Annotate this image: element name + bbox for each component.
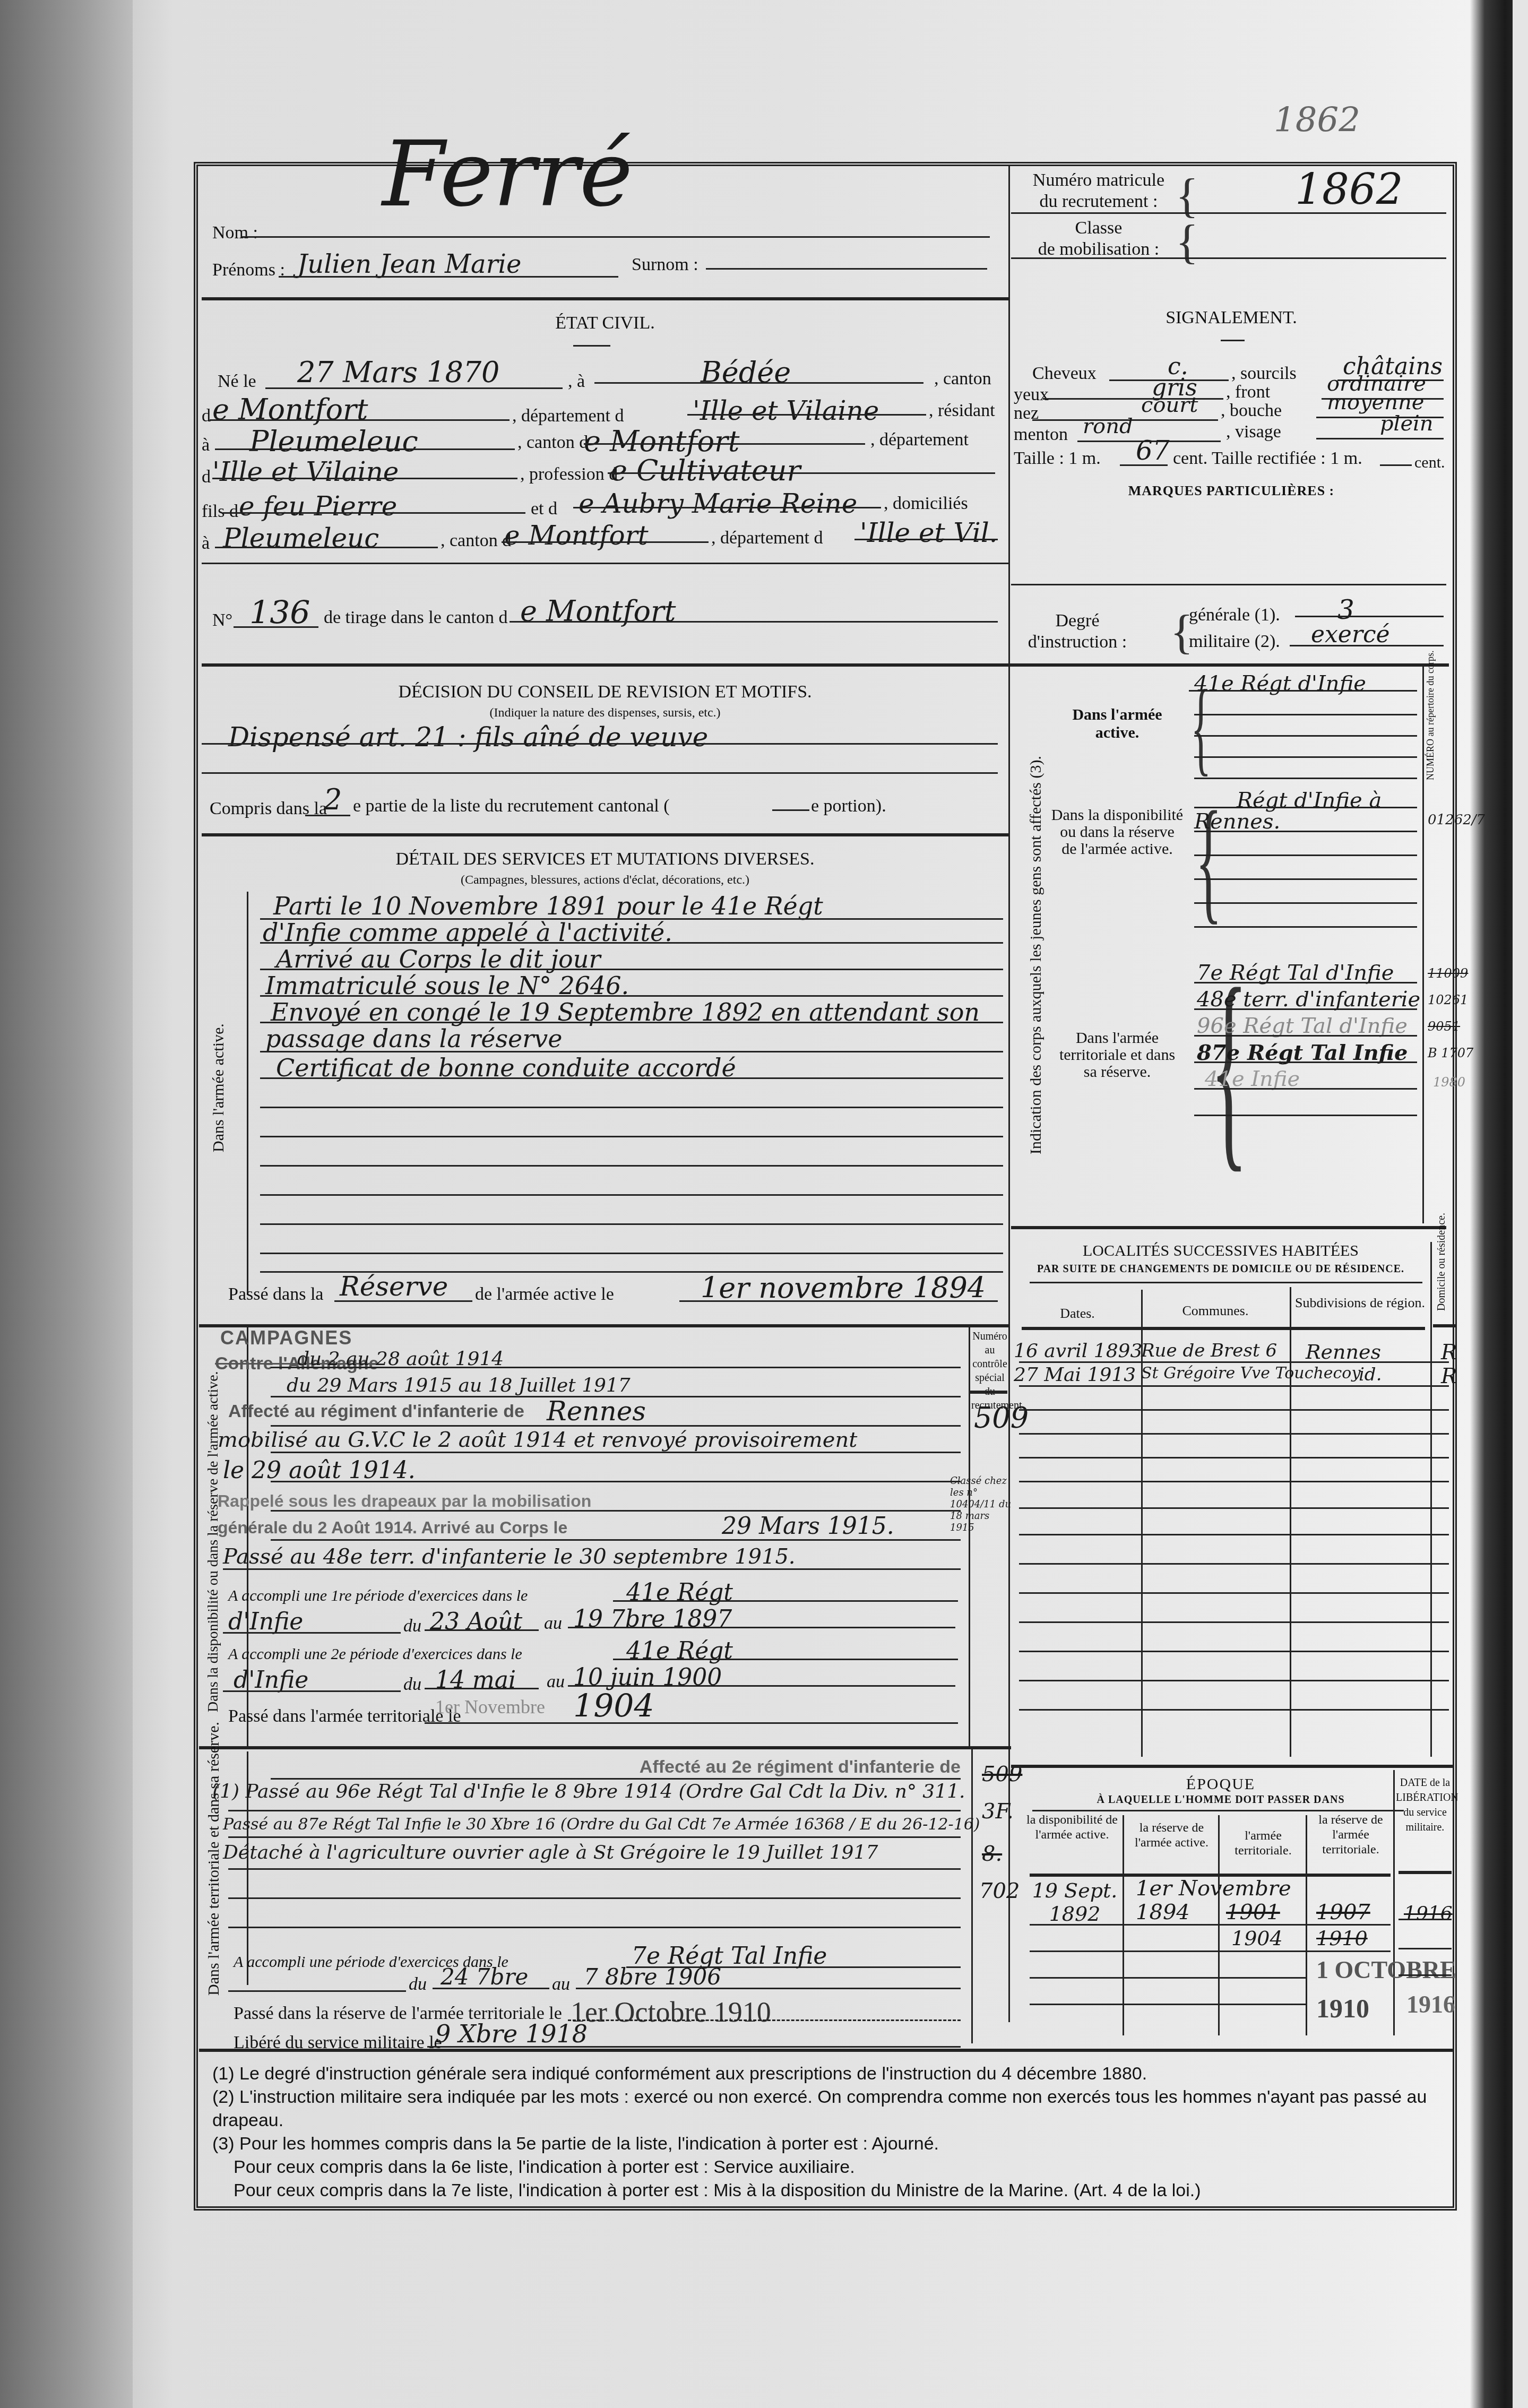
corps-underline (1189, 690, 1417, 692)
profession-underline (608, 472, 995, 474)
cheveux-label: Cheveux (1032, 364, 1097, 384)
renvoye-date: le 29 août 1914. (223, 1457, 416, 1484)
tirage-label: de tirage dans le canton d (324, 608, 507, 628)
birth-departement-underline (687, 414, 926, 416)
liberation-struck: 1916 (1404, 1903, 1453, 1924)
localite-row-underline (1019, 1507, 1449, 1509)
localite-row-underline (1019, 1385, 1449, 1387)
matricule-label: Numéro matricule du recrutement : (1014, 170, 1184, 212)
corps-underline (1194, 1008, 1417, 1010)
domicilies-label: , domiciliés (884, 494, 968, 514)
territoriale-numero-2: 10261 (1428, 992, 1468, 1007)
periode2-corps2: d'Infie (234, 1667, 308, 1694)
visage-label: , visage (1226, 422, 1281, 442)
liberation-stamp: 1916 (1406, 1990, 1455, 2018)
controle-header-rule (970, 1391, 1007, 1394)
d-label: d (202, 406, 211, 426)
passe-reserve-value: Réserve (340, 1271, 448, 1302)
nom-label: Nom : (212, 223, 258, 243)
epoque-reserve-active-value: 1894 (1136, 1900, 1190, 1924)
militaire-label: militaire (2). (1189, 632, 1280, 652)
epoque-col-territoriale: l'armée territoriale. (1221, 1828, 1306, 1858)
service-underline (260, 1253, 1003, 1254)
epoque-header-rule (1398, 1871, 1452, 1874)
title-rule (1221, 340, 1245, 341)
localite-row-2-subdivision: id. (1359, 1364, 1382, 1385)
active-corps-entry-1: 41e Régt d'Infie (1194, 671, 1366, 696)
brace-icon: { (1176, 215, 1198, 270)
a-label: , à (568, 372, 585, 392)
portion-label: e portion). (811, 796, 886, 816)
epoque-reserve-terr-stamp-2: 1910 (1316, 1993, 1369, 2024)
dom-canton-underline (502, 541, 709, 543)
localites-subdivisions-header: Subdivisions de région. (1290, 1295, 1430, 1311)
service-underline (271, 1539, 961, 1541)
birthplace-value: Bédée (701, 356, 791, 389)
corps-underline (1194, 756, 1417, 758)
corps-underline (1194, 807, 1417, 808)
menton-value: rond (1083, 414, 1133, 438)
corps-affectes-side-label: Indication des corps auxquels les jeunes… (1027, 685, 1045, 1226)
epoque-col-reserve-active: la réserve de l'armée active. (1125, 1820, 1218, 1850)
localites-title: LOCALITÉS SUCCESSIVES HABITÉES (1014, 1242, 1428, 1260)
service-underline (271, 1452, 961, 1453)
localite-row-1-subdivision: Rennes (1306, 1340, 1381, 1363)
territoriale-numero-1: 11009 (1428, 966, 1468, 981)
mobilise-line: mobilisé au G.V.C le 2 août 1914 et renv… (218, 1428, 857, 1452)
footnotes: (1) Le degré d'instruction générale sera… (212, 2062, 1444, 2202)
periode-underline (425, 1629, 539, 1631)
sourcils-label: , sourcils (1231, 364, 1297, 384)
terr-line-1: (1) Passé au 96e Régt Tal d'Infie le 8 9… (212, 1781, 965, 1802)
epoque-title-rule (1032, 1810, 1404, 1811)
res-canton-underline (584, 443, 865, 445)
epoque-row-underline (1398, 1919, 1452, 1920)
localite-row-1-commune: Rue de Brest 6 (1141, 1340, 1277, 1361)
localite-row-underline (1019, 1651, 1449, 1652)
title-rule (573, 345, 610, 347)
service-underline (260, 1165, 1003, 1167)
etat-civil-divider (202, 563, 1008, 564)
service-underline (260, 1022, 1003, 1023)
matricule-label-line2: du recrutement : (1014, 191, 1184, 212)
periode2-au-label: au (547, 1672, 565, 1692)
corps-underline (1194, 1115, 1417, 1116)
periode2-corps: 41e Régt (626, 1637, 733, 1664)
conseil-subtitle: (Indiquer la nature des dispenses, sursi… (202, 706, 1008, 720)
section-divider (1011, 1226, 1446, 1229)
localite-row-underline (1019, 1481, 1449, 1482)
visage-value: plein (1380, 411, 1434, 436)
service-underline (260, 995, 1003, 997)
corps-underline (1194, 735, 1417, 737)
passe-48-line: Passé au 48e terr. d'infanterie le 30 se… (223, 1544, 796, 1569)
instruction-label-line1: Degré (1014, 610, 1141, 632)
periode1-du: 23 Août (430, 1608, 522, 1635)
periode-underline (425, 1688, 539, 1689)
footnote-1: (1) Le degré d'instruction générale sera… (212, 2062, 1444, 2085)
service-underline (260, 1223, 1003, 1225)
classe-label-line2: de mobilisation : (1014, 239, 1184, 260)
corps-underline (1194, 982, 1417, 983)
localites-col-divider (1290, 1287, 1291, 1757)
localite-row-underline (1019, 1433, 1449, 1435)
periode-underline (568, 1685, 955, 1687)
periode1-corps: 41e Régt (626, 1579, 733, 1606)
services-title: DÉTAIL DES SERVICES ET MUTATIONS DIVERSE… (202, 849, 1008, 869)
decision-underline (202, 743, 998, 745)
compris-underline (305, 815, 350, 816)
profession-value: e Cultivateur (610, 454, 800, 487)
birthplace-underline (594, 382, 923, 384)
footnote-5: Pour ceux compris dans la 7e liste, l'in… (212, 2179, 1444, 2202)
signalement-divider (1011, 584, 1446, 585)
libere-underline (427, 2046, 961, 2048)
epoque-reserve-active-month: 1er Novembre (1136, 1876, 1291, 1901)
numero-repertoire-header: NUMÉRO au répertoire du corps. (1425, 674, 1436, 780)
periode1-au-label: au (544, 1613, 562, 1634)
periode-underline (613, 1600, 958, 1602)
service-underline (260, 1051, 1003, 1052)
epoque-title: ÉPOQUE (1014, 1775, 1428, 1793)
epoque-territoriale-struck: 1901 (1226, 1900, 1280, 1924)
localite-row-underline (1019, 1680, 1449, 1681)
controle-value: 509 (974, 1401, 1029, 1435)
localite-row-underline (1019, 1534, 1449, 1535)
section-divider (199, 1746, 1011, 1749)
service-underline (260, 1107, 1003, 1108)
profession-label: , profession d (520, 464, 618, 485)
territoriale-numero-5: 1980 (1433, 1075, 1465, 1090)
campagne-underline (271, 1367, 961, 1368)
classe-label: Classe de mobilisation : (1014, 218, 1184, 260)
epoque-col-disponibilite: la disponibilité de l'armée active. (1022, 1813, 1123, 1842)
corps-underline (1194, 878, 1417, 880)
terr-controle-4: 702 (979, 1879, 1020, 1903)
localites-communes-header: Communes. (1141, 1303, 1290, 1319)
militaire-underline (1290, 645, 1444, 646)
compris-value: 2 (324, 783, 342, 816)
bouche-label: , bouche (1221, 401, 1282, 421)
prenoms-underline (279, 276, 618, 278)
periode-underline (223, 1632, 401, 1634)
res-a-label: à (202, 435, 210, 455)
taille-rectifiee-label: cent. Taille rectifiée : 1 m. (1173, 448, 1362, 469)
passe-territoriale-value: 1904 (573, 1688, 654, 1725)
service-underline (260, 1077, 1003, 1079)
generale-stamp: générale du 2 Août 1914. Arrivé au Corps… (218, 1518, 567, 1538)
terr-periode-du: 24 7bre (441, 1964, 528, 1990)
localite-row-underline (1019, 1592, 1449, 1594)
libere-value: 9 Xbre 1918 (435, 2019, 588, 2048)
surnom-label: Surnom : (632, 255, 698, 275)
res-departement-underline (212, 478, 517, 479)
controle-column-divider (971, 1746, 973, 2043)
dom-departement-value: 'Ille et Vil. (860, 517, 998, 548)
corps-underline (1194, 778, 1417, 779)
ne-le-value: 27 Mars 1870 (297, 356, 499, 389)
periode1-label: A accompli une 1re période d'exercices d… (228, 1587, 528, 1605)
localites-dates-header: Dates. (1014, 1306, 1141, 1322)
epoque-subtitle: À LAQUELLE L'HOMME DOIT PASSER DANS (1014, 1794, 1428, 1806)
dom-a-label: à (202, 533, 210, 554)
terr-line-3: Détaché à l'agriculture ouvrier agle à S… (223, 1842, 878, 1863)
nom-value: Ferré (382, 122, 633, 227)
liberation-header: DATE de la LIBÉRATION du service militai… (1396, 1775, 1454, 1835)
service-underline (260, 969, 1003, 970)
epoque-row-underline (1030, 2004, 1306, 2005)
services-side-divider (247, 892, 248, 1295)
residant-label: , résidant (929, 401, 995, 421)
passe-territoriale-stamp: 1er Novembre (435, 1696, 545, 1718)
localite-row-2-commune: St Grégoire Vve Touchecoy (1141, 1364, 1360, 1383)
matricule-divider (1011, 212, 1446, 214)
epoque-row-underline (1030, 1950, 1391, 1952)
service-line-6: passage dans la réserve (265, 1024, 563, 1053)
epoque-disponibilite-value: 19 Sept. 1892 (1027, 1879, 1123, 1926)
passe-reserve-date: 1er novembre 1894 (701, 1271, 986, 1305)
etat-civil-title: ÉTAT CIVIL. (202, 313, 1008, 333)
passe-reserve-terr-underline (568, 2019, 961, 2021)
nez-value: court (1141, 393, 1198, 417)
localite-row-underline (1019, 1361, 1449, 1363)
localites-subtitle: PAR SUITE DE CHANGEMENTS DE DOMICILE OU … (1014, 1263, 1428, 1275)
arrive-date: 29 Mars 1915. (722, 1513, 894, 1540)
canton-label: , canton (934, 369, 991, 389)
service-line-1: Parti le 10 Novembre 1891 pour le 41e Ré… (273, 892, 823, 920)
epoque-reserve-terr-stamp-1: 1 OCTOBRE (1316, 1956, 1456, 1984)
section-divider (202, 663, 1449, 667)
localites-dr-header: Domicile ou résidence. (1436, 1242, 1448, 1311)
passe-reserve-terr-value: 1er Octobre 1910 (571, 1996, 771, 2029)
service-underline (260, 1194, 1003, 1196)
tirage-no-underline (234, 626, 318, 628)
terr-controle-2: 3F. (982, 1799, 1014, 1824)
reserve-corps-numero: 01262/7 (1428, 812, 1485, 828)
decision-underline-2 (202, 772, 998, 774)
terr-periode-au: 7 8bre 1906 (584, 1964, 721, 1990)
corps-underline (1194, 1088, 1417, 1090)
services-disponibilite-side-label: Dans la disponibilité ou dans la réserve… (204, 1330, 222, 1754)
periode2-du: 14 mai (435, 1667, 516, 1694)
campagne-dates-2: du 29 Mars 1915 au 18 Juillet 1917 (287, 1375, 631, 1396)
departement-label: , département d (512, 406, 624, 426)
taille-underline (1120, 464, 1168, 466)
service-underline (228, 1897, 961, 1899)
service-underline (260, 942, 1003, 944)
terr-line-2: Passé au 87e Régt Tal Infie le 30 Xbre 1… (223, 1815, 980, 1834)
militaire-value: exercé (1311, 621, 1390, 648)
signalement-title: SIGNALEMENT. (1014, 308, 1449, 328)
terr-controle-3: 8. (982, 1842, 1002, 1866)
services-active-side-label: Dans l'armée active. (210, 897, 228, 1279)
visage-underline (1316, 438, 1444, 439)
periode-underline (613, 1659, 958, 1660)
matricule-value: 1862 (1295, 165, 1403, 214)
periode1-au: 19 7bre 1897 (573, 1606, 732, 1633)
column-divider-main (1008, 165, 1010, 2022)
service-underline (228, 1927, 961, 1928)
res-departement-label: , département (870, 430, 969, 450)
affecte-value: Rennes (547, 1396, 646, 1427)
periode2-label: A accompli une 2e période d'exercices da… (228, 1645, 522, 1663)
epoque-col-divider (1393, 1770, 1395, 2035)
service-underline (228, 1836, 961, 1838)
epoque-row-underline (1030, 1977, 1306, 1979)
affecte-stamp: Affecté au régiment d'infanterie de (228, 1401, 524, 1422)
periode1-corps2: d'Infie (228, 1608, 303, 1635)
footnote-3: (3) Pour les hommes compris dans la 5e p… (212, 2132, 1444, 2155)
pere-underline (223, 512, 525, 514)
mere-value: e Aubry Marie Reine (579, 488, 857, 519)
fils-label: fils d (202, 502, 238, 522)
domicile-value: Pleumeleuc (223, 523, 379, 554)
tirage-no-label: N° (212, 610, 232, 631)
instruction-label: Degré d'instruction : (1014, 610, 1141, 653)
birth-canton-underline (210, 419, 510, 421)
taille-label: Taille : 1 m. (1014, 448, 1101, 469)
territoriale-numero-4: B 1707 (1428, 1046, 1473, 1060)
service-underline (271, 1778, 961, 1780)
generale-label: générale (1). (1189, 605, 1280, 625)
domicile-underline (215, 547, 438, 548)
localites-header-rule (1022, 1327, 1425, 1330)
service-underline (228, 1868, 961, 1870)
res-departement-value: 'Ille et Vilaine (212, 456, 399, 487)
matricule-label-line1: Numéro matricule (1014, 170, 1184, 191)
periode2-du-label: du (403, 1675, 421, 1695)
epoque-territoriale-value: 1904 (1231, 1927, 1283, 1950)
passe-reserve-underline (334, 1300, 472, 1302)
localite-row-underline (1019, 1563, 1449, 1565)
classe-label-line1: Classe (1014, 218, 1184, 239)
passe-reserve-label: Passé dans la (228, 1284, 323, 1305)
residence-underline (215, 448, 515, 450)
front-label: , front (1226, 382, 1270, 402)
corps-underline (1194, 926, 1417, 928)
periode-underline (568, 1627, 955, 1628)
birth-departement-value: 'Ille et Vilaine (693, 395, 879, 426)
localite-row-2-date: 27 Mai 1913 (1014, 1364, 1136, 1386)
corps-underline (1194, 1061, 1417, 1063)
prenoms-label: Prénoms : (212, 260, 285, 280)
section-divider (1011, 1765, 1454, 1768)
corps-underline (1194, 1035, 1417, 1037)
periode-underline (228, 1990, 406, 1992)
taille-rectifiee-underline (1380, 464, 1412, 466)
dom-departement-label: , département d (711, 528, 823, 548)
ne-le-label: Né le (218, 372, 256, 392)
periode2-au: 10 juin 1900 (573, 1664, 722, 1691)
periode-underline (433, 1988, 549, 1989)
localites-header-rule (1433, 1324, 1457, 1327)
epoque-col-reserve-territoriale: la réserve de l'armée territoriale. (1308, 1813, 1393, 1857)
footnote-2: (2) L'instruction militaire sera indiqué… (212, 2085, 1444, 2132)
header-divider (202, 297, 1008, 300)
yeux-label: yeux (1014, 385, 1049, 405)
tirage-canton-underline (510, 621, 998, 623)
res-dep-d-label: d (202, 467, 211, 487)
prenoms-value: Julien Jean Marie (297, 249, 521, 279)
taille-value: 67 (1136, 435, 1170, 466)
controle-header: Numéro au contrôle spécial du recrutemen… (971, 1330, 1008, 1412)
tirage-canton-value: e Montfort (520, 594, 676, 628)
pere-value: e feu Pierre (239, 491, 397, 522)
epoque-row-underline (1030, 1924, 1391, 1926)
rappele-stamp: Rappelé sous les drapeaux par la mobilis… (218, 1491, 591, 1511)
partie-label: e partie de la liste du recrutement cant… (353, 796, 670, 816)
menton-label: menton (1014, 425, 1068, 445)
localite-row-underline (1019, 1621, 1449, 1623)
corps-underline (1194, 831, 1417, 832)
territoriale-corps-label: Dans l'armée territoriale et dans sa rés… (1056, 1030, 1178, 1081)
service-underline (271, 1425, 961, 1427)
surnom-underline (706, 268, 987, 270)
portion-underline (772, 809, 809, 811)
marques-label: MARQUES PARTICULIÈRES : (1014, 483, 1449, 499)
territoriale-numero-3: 9051 (1428, 1019, 1460, 1034)
corps-underline (1194, 714, 1417, 715)
footnote-4: Pour ceux compris dans la 6e liste, l'in… (212, 2155, 1444, 2179)
corps-underline (1194, 902, 1417, 904)
service-underline (223, 1568, 961, 1570)
passe-territoriale-underline (425, 1722, 958, 1724)
instruction-label-line2: d'instruction : (1014, 632, 1141, 653)
passe-reserve-label2: de l'armée active le (475, 1284, 614, 1305)
conseil-title: DÉCISION DU CONSEIL DE REVISION ET MOTIF… (202, 682, 1008, 702)
section-divider (202, 833, 1008, 836)
reserve-corps-label: Dans la disponibilité ou dans la réserve… (1051, 807, 1184, 858)
adjacent-page-edge (1513, 0, 1528, 2408)
localites-title-rule (1030, 1282, 1422, 1283)
passe-reserve-date-underline (679, 1300, 998, 1302)
services-subtitle: (Campagnes, blessures, actions d'éclat, … (202, 873, 1008, 887)
dom-canton-label: , canton d (441, 531, 511, 551)
localite-row-underline (1019, 1457, 1449, 1458)
page-corner-number: 1862 (1274, 101, 1360, 140)
res-canton-value: e Montfort (584, 425, 739, 458)
active-corps-label: Dans l'armée active. (1067, 706, 1168, 742)
dom-departement-underline (854, 539, 998, 540)
epoque-reserve-terr-struck: 1907 (1316, 1900, 1370, 1924)
localite-row-underline (1019, 1709, 1449, 1711)
epoque-row-underline (1398, 1974, 1452, 1976)
birth-canton-value: e Montfort (212, 393, 368, 426)
controle-column-divider (969, 1324, 970, 1749)
generale-underline (1295, 616, 1444, 617)
controle-note: Classé chez les n° 10404/11 du 18 mars 1… (950, 1475, 1014, 1534)
et-label: et d (531, 499, 557, 519)
terr-periode-du-label: du (409, 1974, 427, 1995)
service-underline (271, 1510, 961, 1512)
corps-underline (1194, 855, 1417, 856)
service-underline (260, 1136, 1003, 1137)
binding-left-edge (0, 0, 133, 2408)
res-canton-label: , canton d (517, 433, 588, 453)
periode-underline (576, 1988, 961, 1989)
classe-divider (1011, 257, 1446, 259)
cent-label: cent. (1414, 454, 1445, 472)
conseil-decision-value: Dispensé art. 21 : fils aîné de veuve (228, 722, 708, 753)
nom-underline (241, 236, 990, 238)
dom-canton-value: e Montfort (504, 520, 649, 551)
service-underline (271, 1481, 961, 1482)
periode-underline (223, 1690, 401, 1692)
campagnes-stamp: CAMPAGNES (220, 1327, 352, 1349)
residence-value: Pleumeleuc (249, 425, 418, 458)
localite-row-1-date: 16 avril 1893 (1014, 1340, 1142, 1362)
terr-periode-au-label: au (552, 1974, 570, 1995)
